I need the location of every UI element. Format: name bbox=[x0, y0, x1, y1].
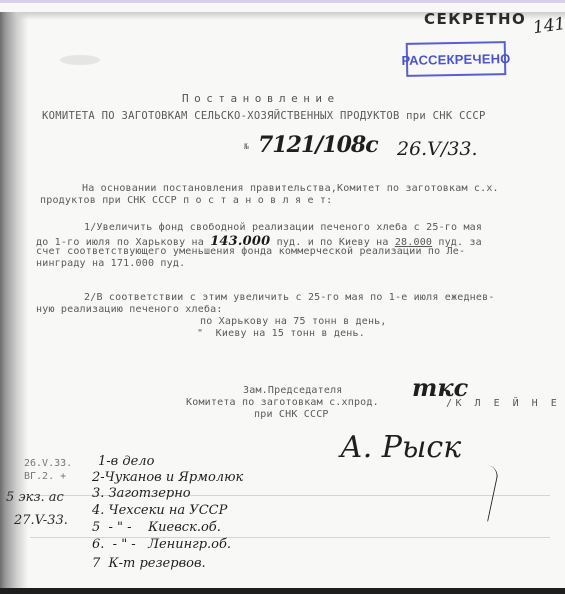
distribution-item: 2-Чуканов и Ярмолюк bbox=[92, 470, 243, 485]
distribution-item: 6. - " - Ленингр.об. bbox=[92, 537, 231, 552]
distribution-item: 5 - " - Киевск.об. bbox=[92, 520, 221, 535]
item2-line-4: " Киеву на 15 тонн в день. bbox=[197, 328, 365, 339]
signature-flourish bbox=[477, 465, 499, 521]
reference-date: 26.V/33. bbox=[397, 138, 478, 160]
declassified-stamp: РАССЕКРЕЧЕНО bbox=[406, 41, 507, 77]
item2-line-1: 2/В соответствии с этим увеличить с 25-г… bbox=[84, 292, 495, 303]
signer-title-line-2: Комитета по заготовкам с.хпрод. bbox=[186, 397, 379, 408]
distribution-item: 7 К-т резервов. bbox=[92, 556, 206, 571]
issuer-line: КОМИТЕТА ПО ЗАГОТОВКАМ СЕЛЬСКО-ХОЗЯЙСТВЕ… bbox=[42, 110, 486, 122]
registration-code: ВГ.2. + bbox=[24, 471, 66, 482]
signer-title-line-1: Зам.Председателя bbox=[243, 385, 343, 396]
preamble-line-1: На основании постановления правительства… bbox=[82, 183, 499, 194]
item1-line-3: счет соответствующего уменьшения фонда к… bbox=[36, 246, 465, 257]
item2-line-2: ную реализацию печеного хлеба: bbox=[36, 304, 223, 315]
handwritten-initials: ткс bbox=[412, 373, 468, 402]
copies-note: 5 экз. ас bbox=[6, 490, 64, 505]
signer-title-line-3: при СНК СССР bbox=[254, 409, 329, 420]
smudge bbox=[60, 55, 100, 65]
number-prefix: № bbox=[244, 142, 249, 151]
classification-mark: СЕКРЕТНО bbox=[424, 10, 526, 28]
item2-line-3: по Харькову на 75 тонн в день, bbox=[200, 316, 387, 327]
declassified-stamp-text: РАССЕКРЕЧЕНО bbox=[401, 51, 510, 68]
item1-line-4: нинграду на 171.000 пуд. bbox=[36, 258, 185, 269]
preamble-line-2: продуктов при СНК СССР п о с т а н о в л… bbox=[40, 195, 332, 206]
item1-line-1: 1/Увеличить фонд свободной реализации пе… bbox=[84, 222, 482, 233]
registration-date-handwritten: 27.V-33. bbox=[14, 513, 68, 528]
distribution-item: 1-в дело bbox=[98, 454, 154, 469]
sheet-number: 141 bbox=[532, 14, 565, 38]
second-signature: А. Рыск bbox=[340, 430, 461, 465]
distribution-item: 3. Заготзерно bbox=[92, 486, 191, 501]
distribution-item: 4. Чехсеки на УССР bbox=[92, 503, 227, 518]
document-title: Постановление bbox=[182, 92, 340, 105]
reference-number: 7121/108с bbox=[258, 132, 378, 158]
scan-bottom-edge bbox=[0, 588, 565, 594]
registration-date-typed: 26.V.33. bbox=[24, 458, 72, 469]
document-page: СЕКРЕТНО 141 РАССЕКРЕЧЕНО Постановление … bbox=[0, 0, 565, 588]
scan-top-edge bbox=[0, 0, 565, 3]
